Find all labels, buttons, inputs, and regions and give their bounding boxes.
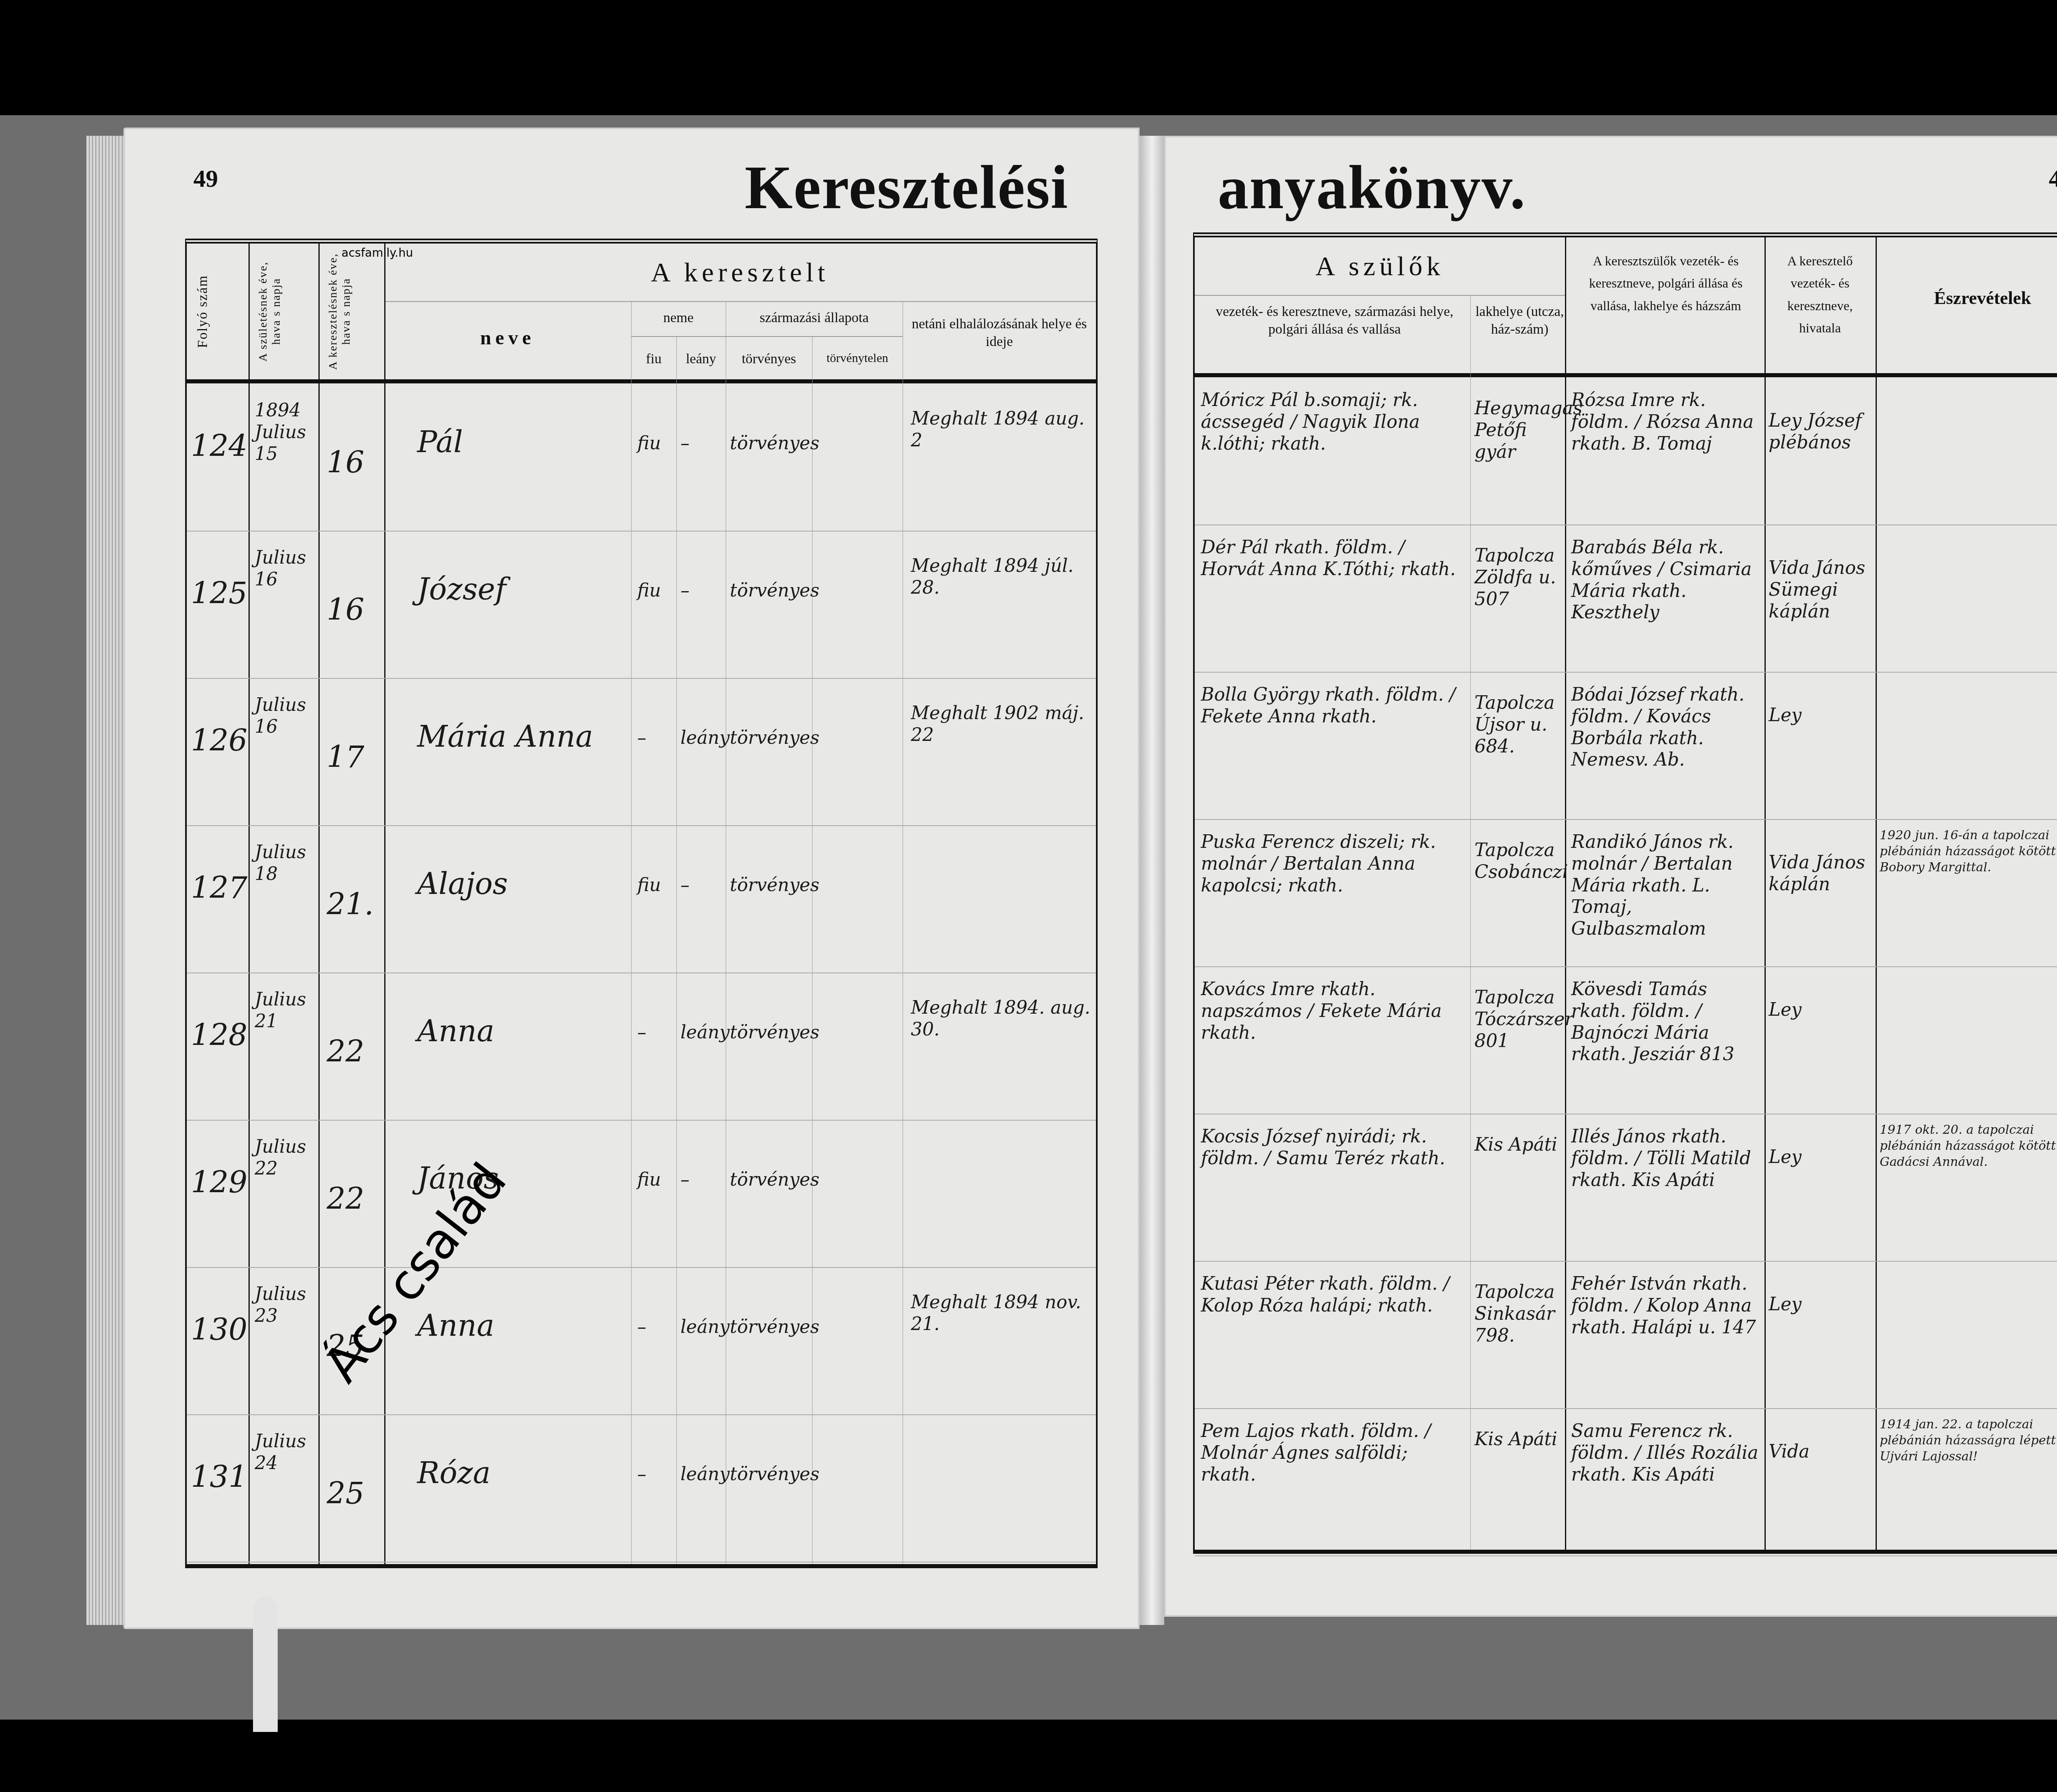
entry-number: 128: [191, 1018, 248, 1052]
entry-number: 126: [191, 723, 248, 758]
entry-godparents: Randikó János rk. molnár / Bertalan Mári…: [1571, 831, 1760, 940]
left-page-number: 49: [193, 165, 218, 193]
entry-death: Meghalt 1894 aug. 2: [911, 408, 1092, 452]
entry-birth-date: Julius 18: [255, 842, 316, 885]
table-row: 128 Julius 21 22 Anna – leány törvényes …: [187, 973, 1096, 1121]
entry-baptism-date: 16: [327, 445, 380, 480]
entry-parents: Kocsis József nyirádi; rk. földm. / Samu…: [1201, 1126, 1466, 1170]
header-folyo-szam: Folyó szám: [195, 252, 236, 371]
entry-priest: Ley: [1769, 999, 1871, 1021]
header-fiu: fiu: [631, 351, 676, 368]
entry-residence: Tapolcza Csobánczi: [1474, 840, 1561, 883]
entry-priest: Vida János Sümegi káplán: [1769, 557, 1871, 622]
entry-residence: Tapolcza Tóczárszer 801: [1474, 987, 1561, 1052]
header-szulok-nev: vezeték- és keresztneve, származási hely…: [1199, 303, 1470, 338]
header-szarmazasi: származási állapota: [726, 309, 903, 327]
entry-godparents: Barabás Béla rk. kőműves / Csimaria Mári…: [1571, 537, 1760, 624]
entry-godparents: Rózsa Imre rk. földm. / Rózsa Anna rkath…: [1571, 390, 1760, 455]
entry-birth-date: Julius 24: [255, 1431, 316, 1474]
entry-baptism-date: 22: [327, 1034, 380, 1069]
entry-parents: Kovács Imre rkath. napszámos / Fekete Má…: [1201, 979, 1466, 1044]
entry-godparents: Samu Ferencz rk. földm. / Illés Rozália …: [1571, 1421, 1760, 1486]
entry-leany: leány: [680, 1316, 726, 1338]
entry-leany: leány: [680, 1022, 726, 1044]
entry-leany: –: [680, 875, 726, 896]
header-lakhely: lakhelye (utcza, ház-szám): [1474, 303, 1565, 338]
entry-notes: 1920 jun. 16-án a tapolczai plébánián há…: [1880, 827, 2057, 875]
entry-death: Meghalt 1894 nov. 21.: [911, 1292, 1092, 1335]
entry-number: 124: [191, 429, 248, 463]
entry-priest: Vida: [1769, 1441, 1871, 1463]
entry-child-name: Pál: [417, 425, 631, 459]
entry-birth-date: Julius 16: [255, 694, 316, 738]
table-row: Kovács Imre rkath. napszámos / Fekete Má…: [1195, 966, 2057, 1114]
entry-birth-date: Julius 22: [255, 1136, 316, 1180]
entry-death: Meghalt 1894. aug. 30.: [911, 997, 1092, 1041]
page-edges-left: [86, 136, 128, 1625]
book-spine: [1140, 136, 1164, 1625]
table-row: 126 Julius 16 17 Mária Anna – leány törv…: [187, 678, 1096, 826]
header-divider: [384, 301, 1096, 302]
entry-status: törvényes: [730, 1464, 812, 1486]
entry-child-name: József: [417, 572, 631, 606]
entry-godparents: Bódai József rkath. földm. / Kovács Borb…: [1571, 684, 1760, 771]
baptism-table-right: A szülők vezeték- és keresztneve, szárma…: [1193, 232, 2057, 1554]
watermark-url: acsfamily.hu: [341, 246, 413, 260]
entry-godparents: Illés János rkath. földm. / Tölli Matild…: [1571, 1126, 1760, 1191]
entry-baptism-date: 22: [327, 1182, 380, 1216]
entry-child-name: Róza: [417, 1455, 631, 1490]
entry-baptism-date: 17: [327, 740, 380, 774]
right-table-header: A szülők vezeték- és keresztneve, szárma…: [1195, 237, 2057, 377]
entry-number: 125: [191, 576, 248, 610]
entry-baptism-date: 16: [327, 592, 380, 627]
table-row: 129 Julius 22 22 János fiu – törvényes: [187, 1120, 1096, 1268]
entry-residence: Kis Apáti: [1474, 1429, 1561, 1451]
entry-birth-date: 1894 Julius 15: [255, 400, 316, 465]
entry-fiu: –: [637, 727, 674, 749]
entry-notes: 1914 jan. 22. a tapolczai plébánián háza…: [1880, 1416, 2057, 1465]
table-row: Pem Lajos rkath. földm. / Molnár Ágnes s…: [1195, 1408, 2057, 1556]
entry-leany: –: [680, 433, 726, 455]
entry-status: törvényes: [730, 727, 812, 749]
entry-fiu: fiu: [637, 875, 674, 896]
entry-priest: Ley József plébános: [1769, 410, 1871, 454]
entry-leany: leány: [680, 727, 726, 749]
entry-number: 127: [191, 870, 248, 905]
header-divider: [1195, 295, 1565, 296]
entry-parents: Puska Ferencz diszeli; rk. molnár / Bert…: [1201, 831, 1466, 896]
bookmark-strip: [253, 1596, 278, 1732]
header-a-keresztelt: A keresztelt: [384, 256, 1096, 290]
entry-child-name: Anna: [417, 1014, 631, 1048]
entry-residence: Hegymagas Petőfi gyár: [1474, 398, 1561, 463]
entry-number: 131: [191, 1460, 248, 1494]
header-a-szulok: A szülők: [1195, 250, 1565, 284]
header-torvenyes: törvényes: [726, 351, 812, 368]
header-kereszteles: A keresztelésnek éve, hava s napja: [327, 252, 376, 371]
header-halalozas: netáni elhalálozásának helye és ideje: [907, 316, 1092, 351]
entry-priest: Vida János káplán: [1769, 852, 1871, 896]
table-row: Móricz Pál b.somaji; rk. ácssegéd / Nagy…: [1195, 377, 2057, 525]
entry-parents: Kutasi Péter rkath. földm. / Kolop Róza …: [1201, 1273, 1466, 1317]
entry-residence: Tapolcza Sinkasár 798.: [1474, 1281, 1561, 1346]
entry-residence: Tapolcza Zöldfa u. 507: [1474, 545, 1561, 610]
entry-godparents: Kövesdi Tamás rkath. földm. / Bajnóczi M…: [1571, 979, 1760, 1065]
header-szuletes: A születésnek éve, hava s napja: [257, 252, 306, 371]
entry-leany: –: [680, 580, 726, 602]
title-right: anyakönyv.: [1218, 152, 1526, 223]
table-row: Puska Ferencz diszeli; rk. molnár / Bert…: [1195, 819, 2057, 967]
header-neme: neme: [631, 309, 726, 327]
entry-status: törvényes: [730, 1169, 812, 1191]
header-keresztelo: A keresztelő vezeték- és keresztneve, hi…: [1767, 250, 1874, 339]
entry-fiu: fiu: [637, 433, 674, 455]
table-row: 125 Julius 16 16 József fiu – törvényes …: [187, 531, 1096, 679]
header-torvenytelen: törvénytelen: [812, 351, 903, 366]
header-subdivider: [631, 336, 903, 337]
entry-child-name: Mária Anna: [417, 719, 631, 754]
entry-priest: Ley: [1769, 1294, 1871, 1316]
header-leany: leány: [676, 351, 726, 368]
entry-number: 129: [191, 1165, 248, 1200]
left-table-header: Folyó szám A születésnek éve, hava s nap…: [187, 244, 1096, 383]
entry-birth-date: Julius 16: [255, 547, 316, 591]
header-neve: neve: [384, 326, 631, 351]
entry-status: törvényes: [730, 1022, 812, 1044]
table-row: 127 Julius 18 21. Alajos fiu – törvényes: [187, 825, 1096, 973]
table-row: Dér Pál rkath. földm. / Horvát Anna K.Tó…: [1195, 525, 2057, 673]
header-keresztszulok: A keresztszülők vezeték- és keresztneve,…: [1569, 250, 1762, 317]
entry-parents: Bolla György rkath. földm. / Fekete Anna…: [1201, 684, 1466, 728]
right-page-number: 49: [2049, 165, 2057, 193]
entry-status: törvényes: [730, 875, 812, 896]
entry-status: törvényes: [730, 1316, 812, 1338]
entry-baptism-date: 21.: [327, 887, 380, 922]
header-eszrevetelek: Észrevételek: [1878, 287, 2057, 309]
entry-parents: Dér Pál rkath. földm. / Horvát Anna K.Tó…: [1201, 537, 1466, 580]
baptism-table-left: Folyó szám A születésnek éve, hava s nap…: [185, 239, 1098, 1568]
entry-leany: leány: [680, 1464, 726, 1486]
entry-parents: Pem Lajos rkath. földm. / Molnár Ágnes s…: [1201, 1421, 1466, 1486]
entry-death: Meghalt 1902 máj. 22: [911, 703, 1092, 746]
entry-child-name: Alajos: [417, 866, 631, 901]
table-row: Kocsis József nyirádi; rk. földm. / Samu…: [1195, 1114, 2057, 1262]
entry-parents: Móricz Pál b.somaji; rk. ácssegéd / Nagy…: [1201, 390, 1466, 455]
entry-death: Meghalt 1894 júl. 28.: [911, 555, 1092, 599]
entry-fiu: –: [637, 1316, 674, 1338]
entry-fiu: fiu: [637, 1169, 674, 1191]
entry-leany: –: [680, 1169, 726, 1191]
entry-fiu: –: [637, 1022, 674, 1044]
entry-child-name: Anna: [417, 1308, 631, 1343]
entry-birth-date: Julius 21: [255, 989, 316, 1033]
entry-baptism-date: 25: [327, 1476, 380, 1511]
entry-fiu: fiu: [637, 580, 674, 602]
entry-residence: Tapolcza Újsor u. 684.: [1474, 692, 1561, 757]
entry-godparents: Fehér István rkath. földm. / Kolop Anna …: [1571, 1273, 1760, 1338]
entry-fiu: –: [637, 1464, 674, 1486]
table-row: 130 Julius 23 25 Anna – leány törvényes …: [187, 1267, 1096, 1415]
table-row: 124 1894 Julius 15 16 Pál fiu – törvénye…: [187, 383, 1096, 532]
entry-status: törvényes: [730, 580, 812, 602]
table-row: Kutasi Péter rkath. földm. / Kolop Róza …: [1195, 1261, 2057, 1409]
entry-status: törvényes: [730, 433, 812, 455]
entry-birth-date: Julius 23: [255, 1284, 316, 1327]
table-row: 131 Julius 24 25 Róza – leány törvényes: [187, 1414, 1096, 1562]
entry-residence: Kis Apáti: [1474, 1134, 1561, 1156]
entry-number: 130: [191, 1312, 248, 1347]
entry-priest: Ley: [1769, 1147, 1871, 1168]
title-left: Keresztelési: [745, 152, 1068, 223]
entry-priest: Ley: [1769, 705, 1871, 727]
entry-notes: 1917 okt. 20. a tapolczai plébánián háza…: [1880, 1122, 2057, 1170]
table-row: Bolla György rkath. földm. / Fekete Anna…: [1195, 672, 2057, 820]
